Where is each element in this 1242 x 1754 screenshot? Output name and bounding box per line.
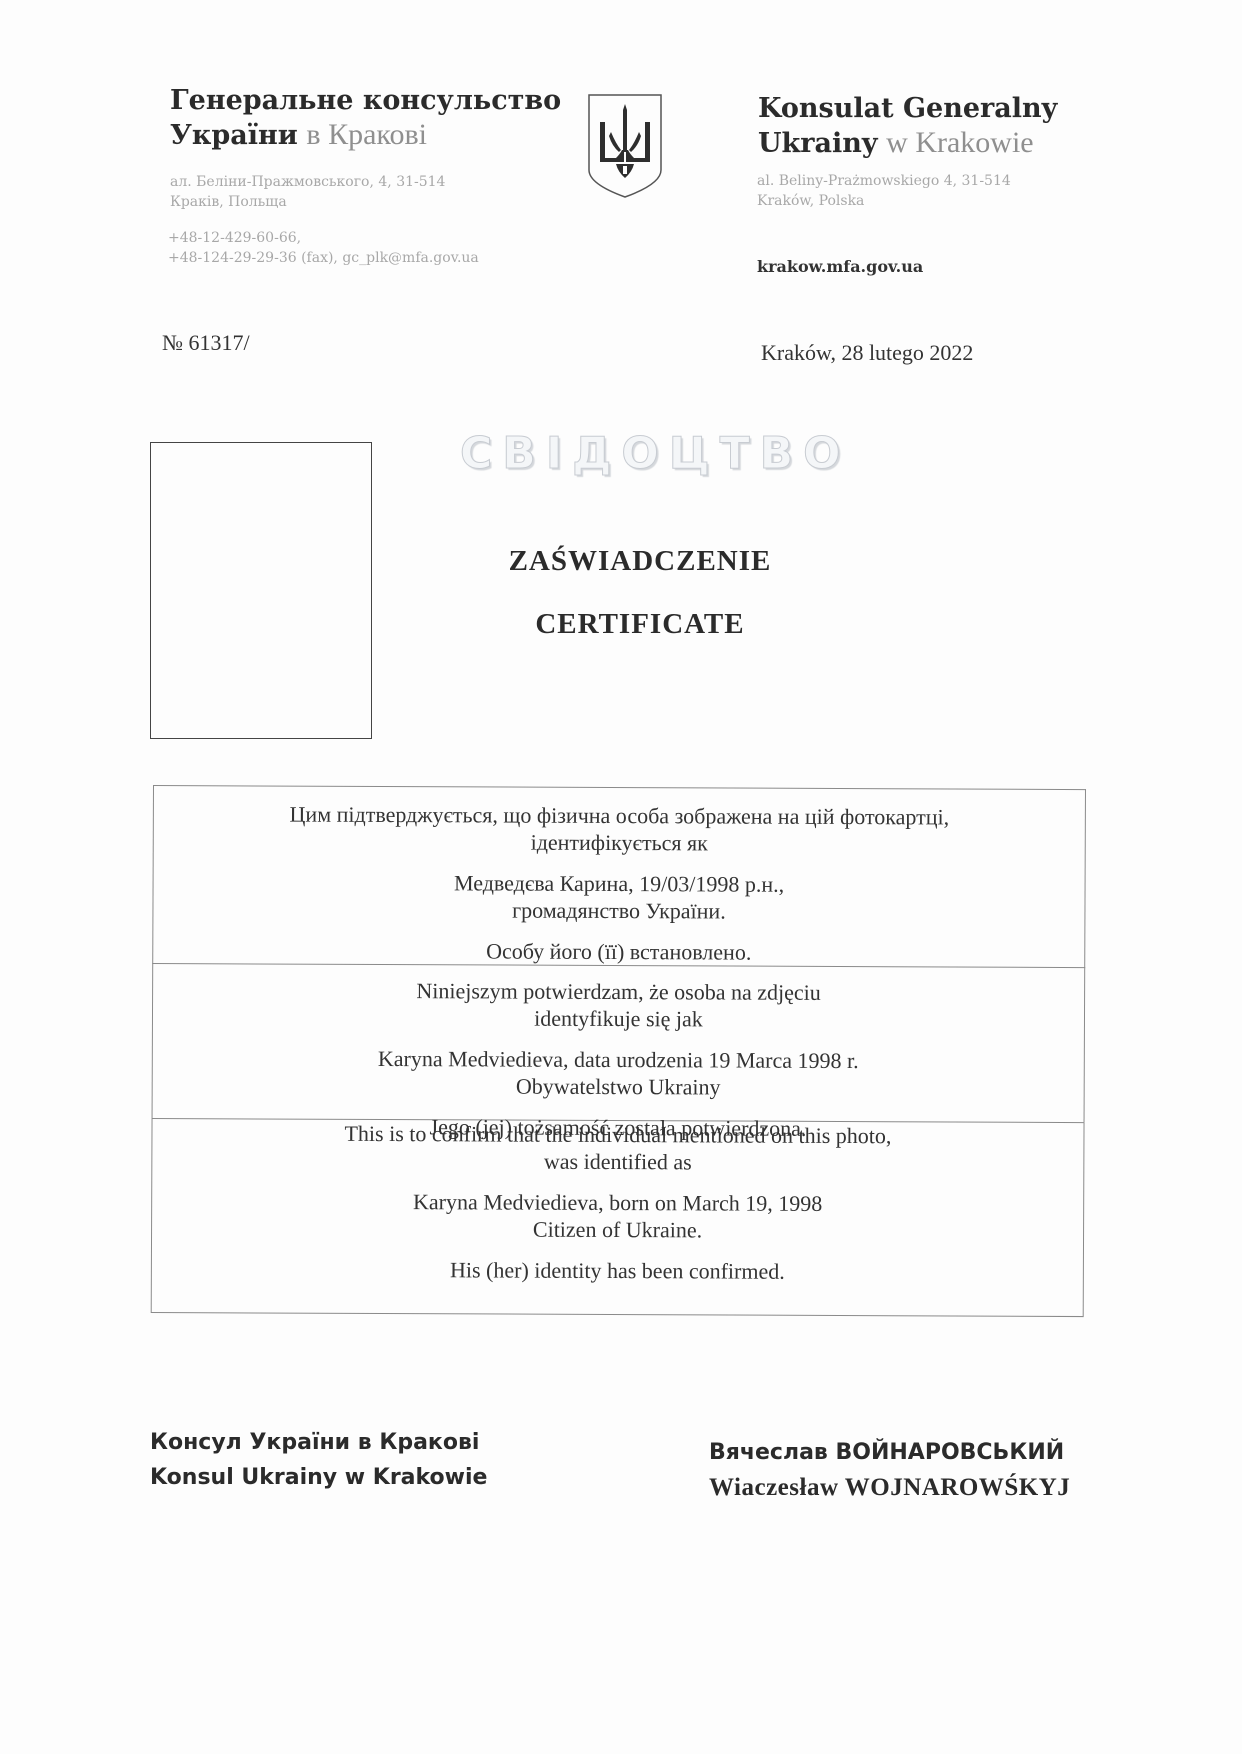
consulate-name-pl-line1: Konsulat Generalny <box>758 93 1057 124</box>
consul-position-pl: Konsul Ukrainy w Krakowie <box>150 1460 487 1495</box>
address-ua-line2: Краків, Польща <box>170 192 445 212</box>
consul-name: Вячеслав ВОЙНАРОВСЬКИЙ Wiaczesław WOJNAR… <box>709 1435 1070 1505</box>
consulate-address-pl: al. Beliny-Prażmowskiego 4, 31-514 Krakó… <box>757 171 1011 211</box>
consulate-name-ua-line2: України <box>170 120 298 151</box>
photo-placeholder <box>150 442 372 739</box>
certificate-row-en: This is to confirm that the individual m… <box>151 1118 1085 1317</box>
statement-line2: ідентифікується як <box>154 827 1085 858</box>
consulate-name-ua-line1: Генеральне консульство <box>170 85 561 116</box>
person-citizenship: громадянство України. <box>153 895 1084 926</box>
person-name-dob: Karyna Medviedieva, data urodzenia 19 Ma… <box>153 1044 1084 1075</box>
consulate-website: krakow.mfa.gov.ua <box>757 257 923 276</box>
title-ua: СВІДОЦТВО <box>460 428 820 479</box>
title-pl: ZAŚWIADCZENIE <box>440 545 840 578</box>
consulate-address-ua: ал. Беліни-Пражмовського, 4, 31-514 Крак… <box>170 172 445 212</box>
person-citizenship: Obywatelstwo Ukrainy <box>153 1071 1084 1102</box>
identity-conclusion: His (her) identity has been confirmed. <box>152 1255 1083 1286</box>
statement-line1: Цим підтверджується, що фізична особа зо… <box>154 800 1085 831</box>
consulate-city-pl: w Krakowie <box>886 126 1033 159</box>
consulate-name-ua: Генеральне консульство України в Кракові <box>170 84 561 153</box>
certificate-row-pl: Niniejszym potwierdzam, że osoba na zdję… <box>152 963 1086 1122</box>
address-pl-line1: al. Beliny-Prażmowskiego 4, 31-514 <box>757 171 1011 191</box>
consulate-name-pl-line2: Ukrainy <box>758 128 878 159</box>
title-en: CERTIFICATE <box>440 608 840 641</box>
person-citizenship: Citizen of Ukraine. <box>152 1214 1083 1245</box>
statement-line2: was identified as <box>152 1146 1083 1177</box>
consulate-city-ua: в Кракові <box>306 118 427 151</box>
person-name-dob: Медведєва Карина, 19/03/1998 р.н., <box>154 868 1085 899</box>
ukraine-trident-emblem-icon <box>586 92 664 200</box>
document-date: Kraków, 28 lutego 2022 <box>761 340 973 366</box>
certificate-table: Цим підтверджується, що фізична особа зо… <box>151 785 1086 1317</box>
consul-name-pl: Wiaczesław WOJNAROWŚKYJ <box>709 1470 1070 1505</box>
certificate-row-ua: Цим підтверджується, що фізична особа зо… <box>152 785 1086 967</box>
statement-line1: Niniejszym potwierdzam, że osoba na zdję… <box>153 976 1084 1007</box>
document-number: № 61317/ <box>162 330 250 356</box>
phone: +48-12-429-60-66, <box>168 228 479 248</box>
address-ua-line1: ал. Беліни-Пражмовського, 4, 31-514 <box>170 172 445 192</box>
consul-position-ua: Консул України в Кракові <box>150 1425 487 1460</box>
consulate-name-pl: Konsulat Generalny Ukrainy w Krakowie <box>758 92 1057 161</box>
identity-conclusion: Особу його (її) встановлено. <box>153 936 1084 967</box>
statement-line1: This is to confirm that the individual m… <box>152 1119 1083 1150</box>
statement-line2: identyfikuje się jak <box>153 1003 1084 1034</box>
address-pl-line2: Kraków, Polska <box>757 191 1011 211</box>
person-name-dob: Karyna Medviedieva, born on March 19, 19… <box>152 1187 1083 1218</box>
consul-name-ua: Вячеслав ВОЙНАРОВСЬКИЙ <box>709 1435 1070 1470</box>
consulate-contact-ua: +48-12-429-60-66, +48-124-29-29-36 (fax)… <box>168 228 479 268</box>
consul-position: Консул України в Кракові Konsul Ukrainy … <box>150 1425 487 1495</box>
fax-email: +48-124-29-29-36 (fax), gc_plk@mfa.gov.u… <box>168 248 479 268</box>
